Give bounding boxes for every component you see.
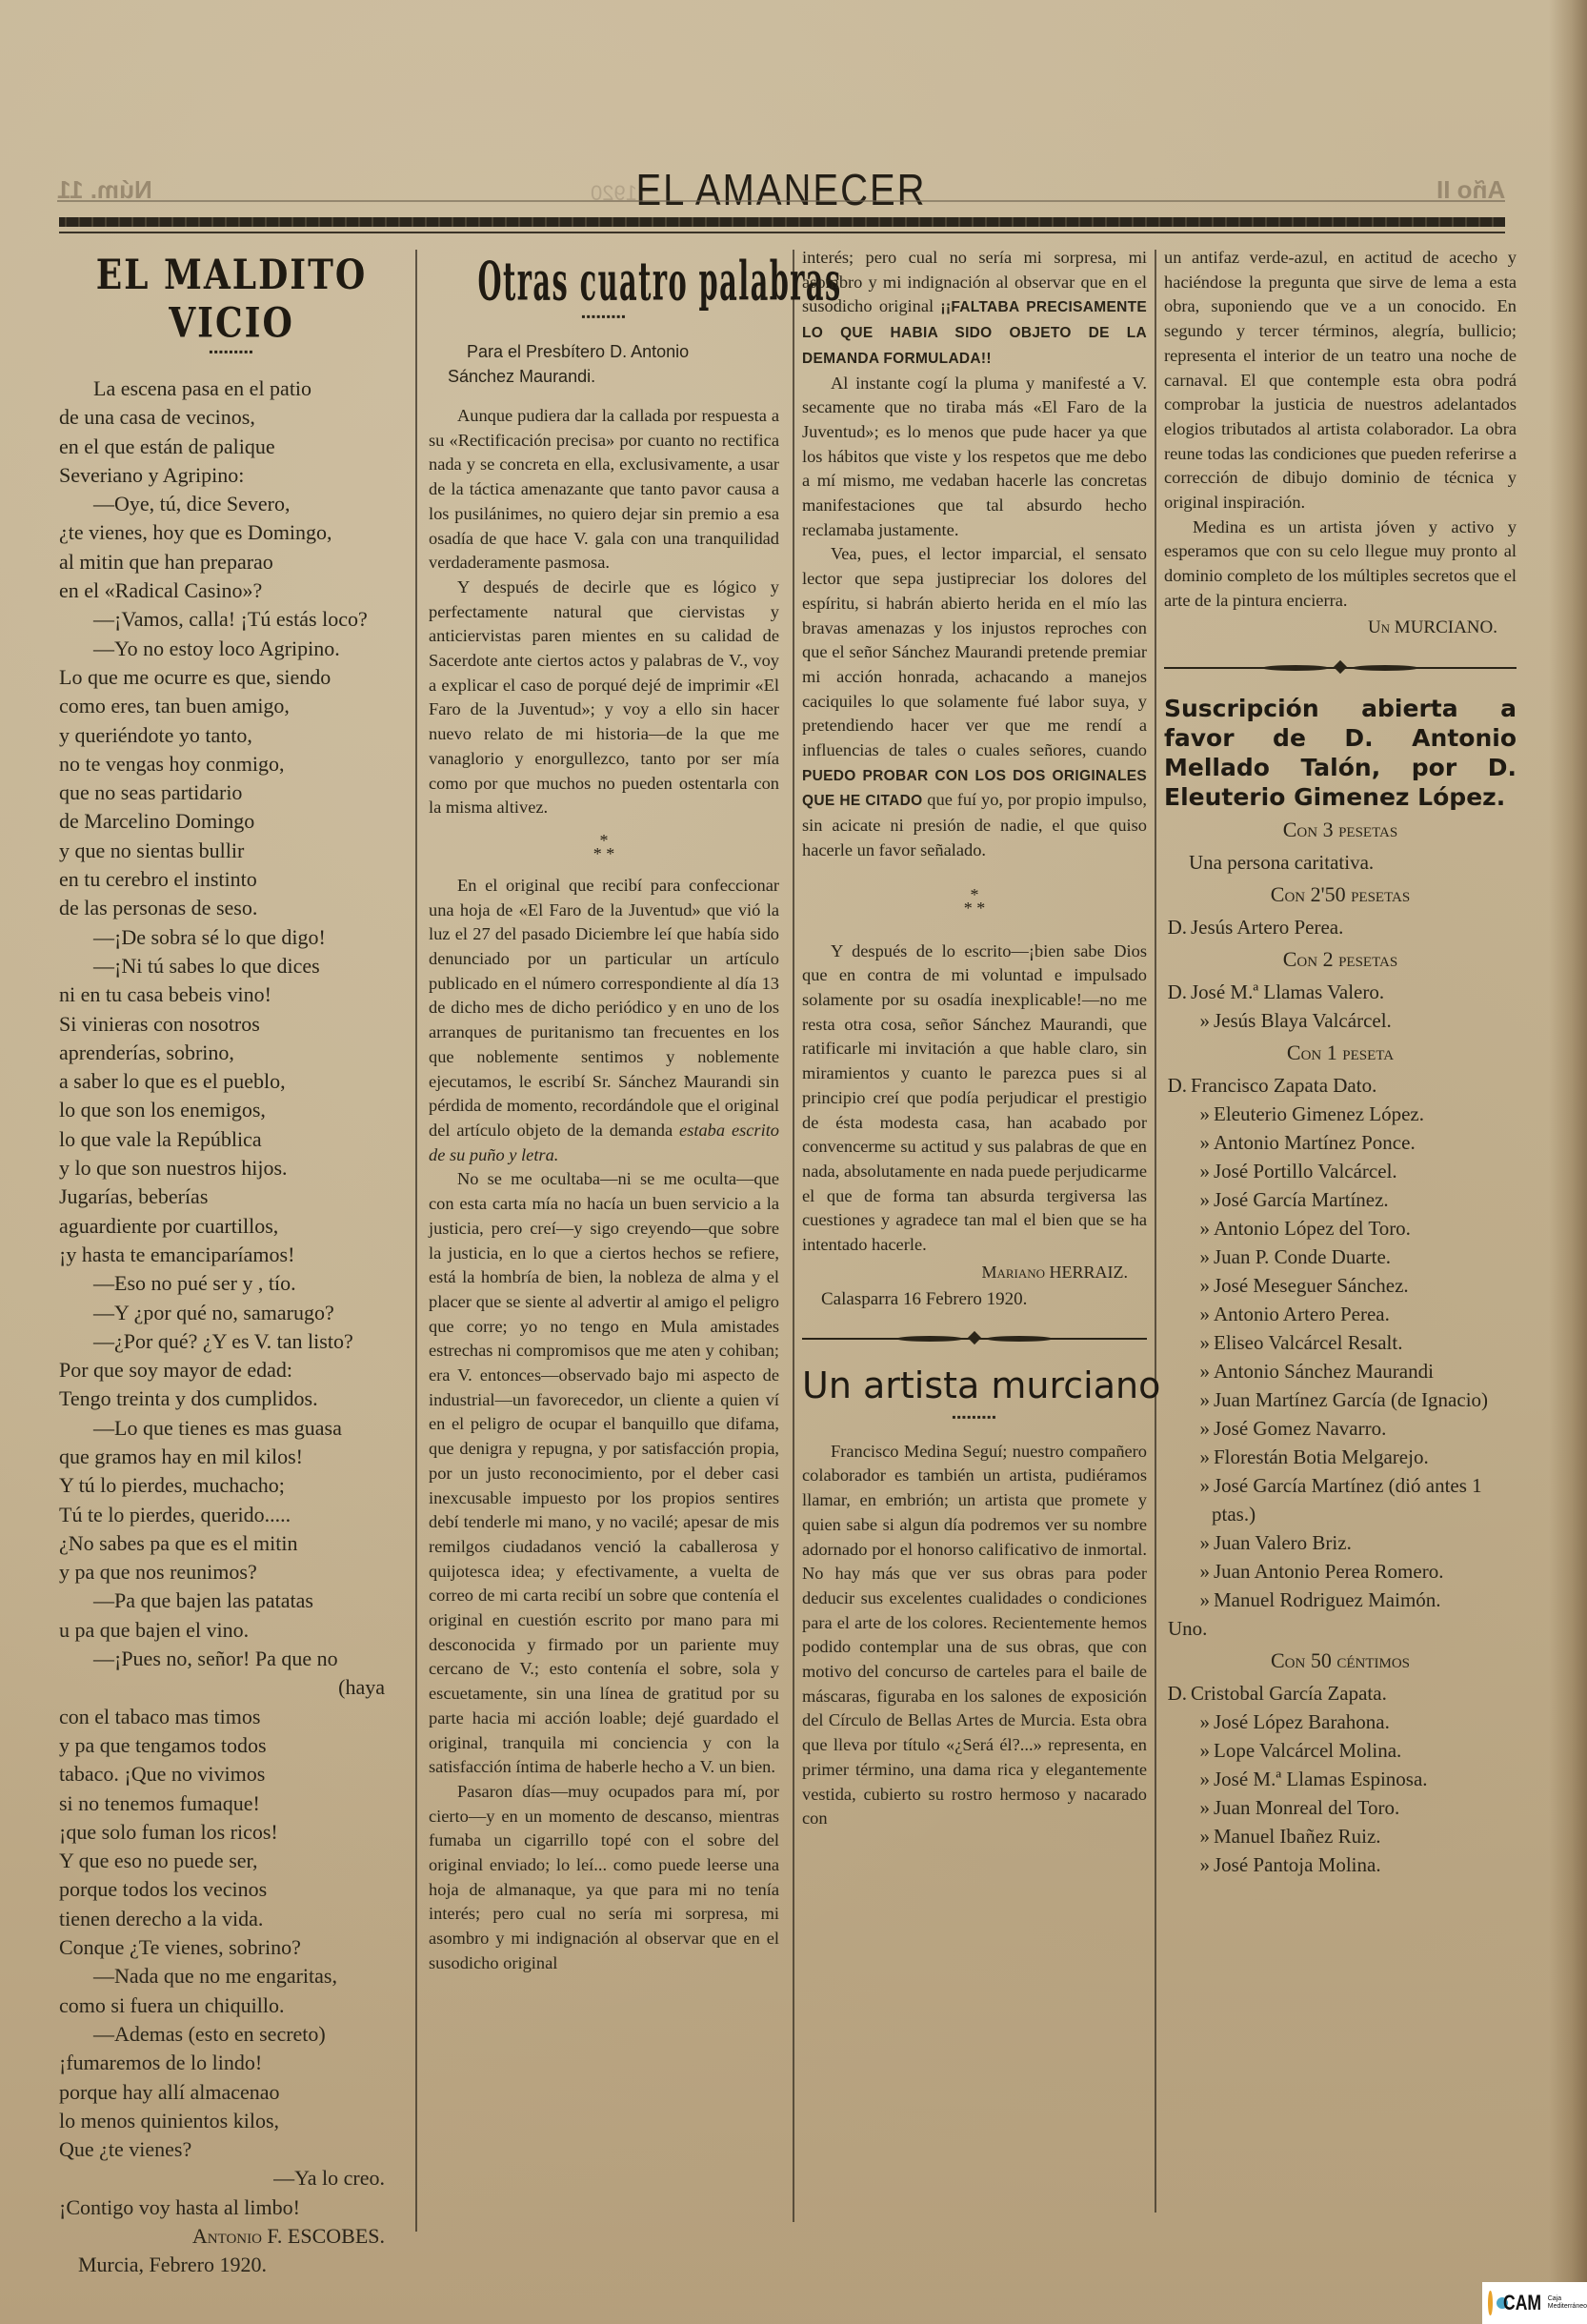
poem-body: La escena pasa en el patiode una casa de… (59, 374, 404, 2222)
poem-line: y lo que son nuestros hijos. (59, 1154, 404, 1182)
poem-line: aguardiente por cuartillos, (59, 1212, 404, 1241)
donor-prefix: » (1189, 1471, 1214, 1500)
poem-line: —Ya lo creo. (59, 2164, 404, 2193)
poem-line: lo menos quinientos kilos, (59, 2107, 404, 2135)
poem-line: Tengo treinta y dos cumplidos. (59, 1384, 404, 1413)
donor-entry: »José Pantoja Molina. (1164, 1850, 1517, 1879)
donor-entry: »Juan Martínez García (de Ignacio) (1164, 1385, 1517, 1414)
place-date: Calasparra 16 Febrero 1920. (802, 1286, 1147, 1313)
donor-name: Eliseo Valcárcel Resalt. (1214, 1331, 1402, 1354)
newspaper-title: EL AMANECER (57, 167, 1505, 216)
poem-line: —¡Pues no, señor! Pa que no (59, 1645, 404, 1673)
donor-name: José Meseguer Sánchez. (1214, 1274, 1409, 1297)
donor-prefix: » (1189, 1157, 1214, 1185)
subscription-list: Con 3 pesetasUna persona caritativa.Con … (1164, 816, 1517, 1879)
donor-entry: »Lope Valcárcel Molina. (1164, 1736, 1517, 1765)
poem-line: tienen derecho a la vida. (59, 1905, 404, 1933)
donor-prefix: » (1189, 1528, 1214, 1557)
donor-entry: »Juan Monreal del Toro. (1164, 1793, 1517, 1822)
donor-name: Manuel Rodriguez Maimón. (1214, 1588, 1441, 1611)
cam-subtitle: CajaMediterráneo (1548, 2295, 1587, 2311)
paragraph: un antifaz verde-azul, en actitud de ace… (1164, 246, 1517, 515)
donor-entry: »Juan Antonio Perea Romero. (1164, 1557, 1517, 1586)
donor-name: Juan Martínez García (de Ignacio) (1214, 1388, 1488, 1411)
dedication-line-1: Para el Presbítero D. Antonio (429, 339, 779, 364)
donor-prefix: » (1189, 1765, 1214, 1793)
donor-prefix: D. (1166, 913, 1191, 941)
poem-line: ¡Contigo voy hasta al limbo! (59, 2193, 404, 2222)
donor-name: Jesús Blaya Valcárcel. (1214, 1009, 1392, 1032)
donor-name: Juan Antonio Perea Romero. (1214, 1560, 1443, 1583)
donor-entry: Uno. (1164, 1614, 1517, 1643)
donor-prefix: » (1189, 1243, 1214, 1271)
donor-name: Lope Valcárcel Molina. (1214, 1739, 1401, 1762)
article-otras-cuatro-palabras: Otras cuatro palabras ▪▪▪▪▪▪▪▪▪ Para el … (429, 250, 779, 1976)
poem-line: —Lo que tienes es mas guasa (59, 1414, 404, 1443)
donor-prefix: » (1189, 1214, 1214, 1243)
masthead: Núm. 11 1920 EL AMANECER Año II (57, 162, 1505, 219)
donor-entry: »Florestán Botia Melgarejo. (1164, 1443, 1517, 1471)
column-rule-1 (415, 250, 417, 2232)
donor-name: José Gomez Navarro. (1214, 1417, 1386, 1440)
donor-prefix: » (1189, 1271, 1214, 1300)
donor-entry: »Antonio Martínez Ponce. (1164, 1128, 1517, 1157)
donor-entry: »Juan P. Conde Duarte. (1164, 1243, 1517, 1271)
article-continuation-and-subscription: un antifaz verde-azul, en actitud de ace… (1164, 246, 1517, 1879)
poem-line: y queriéndote yo tanto, (59, 721, 404, 750)
donor-prefix: » (1189, 1414, 1214, 1443)
poem-line: tabaco. ¡Que no vivimos (59, 1760, 404, 1788)
poem-line: aprenderías, sobrino, (59, 1039, 404, 1067)
column-rule-2 (793, 250, 794, 2222)
donor-prefix: » (1189, 1736, 1214, 1765)
donor-prefix: » (1189, 1443, 1214, 1471)
poem-line: no te vengas hoy conmigo, (59, 750, 404, 778)
paragraph: En el original que recibí para confeccio… (429, 874, 779, 1167)
poem-line: La escena pasa en el patio (59, 374, 404, 403)
donor-prefix: » (1189, 1006, 1214, 1035)
donor-entry: D.Jesús Artero Perea. (1164, 913, 1517, 941)
donor-entry: »José López Barahona. (1164, 1708, 1517, 1736)
poem-line: —¡Ni tú sabes lo que dices (59, 952, 404, 980)
poem-line: en el que están de palique (59, 433, 404, 461)
article-continuation: interés; pero cual no sería mi sorpresa,… (802, 246, 1147, 1831)
donor-name: Antonio Martínez Ponce. (1214, 1131, 1416, 1154)
donor-name: José López Barahona. (1214, 1710, 1390, 1733)
poem-line: Severiano y Agripino: (59, 461, 404, 490)
donor-name: Cristobal García Zapata. (1191, 1682, 1387, 1705)
donor-prefix: D. (1166, 1679, 1191, 1708)
page-edge-shadow (1549, 0, 1587, 2324)
cam-logo-icon (1488, 2291, 1493, 2315)
paragraph: Pasaron días—muy ocupados para mí, por c… (429, 1780, 779, 1976)
donor-name: Francisco Zapata Dato. (1191, 1074, 1376, 1097)
donor-name: Antonio Artero Perea. (1214, 1303, 1390, 1325)
donor-entry: »Antonio López del Toro. (1164, 1214, 1517, 1243)
masthead-under-rule (59, 232, 1505, 233)
poem-line: Lo que me ocurre es que, siendo (59, 663, 404, 692)
dedication: Para el Presbítero D. Antonio Sánchez Ma… (429, 339, 779, 389)
poem-line: —Pa que bajen las patatas (59, 1586, 404, 1615)
paragraph: Y después de decirle que es lógico y per… (429, 576, 779, 820)
amount-heading: Con 1 peseta (1164, 1039, 1517, 1067)
poem-line: —Y ¿por qué no, samarugo? (59, 1299, 404, 1327)
poem-line: ¡que solo fuman los ricos! (59, 1818, 404, 1847)
masthead-thin-rule (57, 200, 1505, 202)
poem-line: que gramos hay en mil kilos! (59, 1443, 404, 1471)
donor-entry: »José Portillo Valcárcel. (1164, 1157, 1517, 1185)
donor-entry: »José García Martínez (dió antes 1 ptas.… (1164, 1471, 1517, 1528)
donor-name: José M.ª Llamas Valero. (1191, 980, 1384, 1003)
author-signature: Mariano HERRAIZ. (802, 1258, 1147, 1286)
donor-name: Jesús Artero Perea. (1191, 916, 1343, 939)
poem-line: lo que son los enemigos, (59, 1096, 404, 1124)
subscription-title: Suscripción abierta a favor de D. Antoni… (1164, 694, 1517, 812)
donor-prefix: » (1189, 1357, 1214, 1385)
donor-name: José Portillo Valcárcel. (1214, 1160, 1397, 1182)
amount-heading: Con 2'50 pesetas (1164, 880, 1517, 909)
poem-line: ¿No sabes pa que es el mitin (59, 1529, 404, 1558)
donor-name: Antonio López del Toro. (1214, 1217, 1411, 1240)
donor-entry: »José García Martínez. (1164, 1185, 1517, 1214)
author-signature: Un MURCIANO. (1164, 614, 1517, 642)
article-el-maldito-vicio: EL MALDITO VICIO ▪▪▪▪▪▪▪▪▪ La escena pas… (59, 250, 404, 2279)
poem-line: de Marcelino Domingo (59, 807, 404, 836)
poem-line: Tú te lo pierdes, querido..... (59, 1501, 404, 1529)
donor-prefix: » (1189, 1557, 1214, 1586)
poem-line: Y que eso no puede ser, (59, 1847, 404, 1875)
article-title: Un artista murciano (802, 1364, 1147, 1406)
cam-brand: CAM (1503, 2291, 1541, 2315)
donor-entry: D.Francisco Zapata Dato. (1164, 1071, 1517, 1100)
donor-name: Juan P. Conde Duarte. (1214, 1245, 1391, 1268)
poem-line: Por que soy mayor de edad: (59, 1356, 404, 1384)
donor-name: José García Martínez (dió antes 1 ptas.) (1212, 1474, 1482, 1526)
donor-prefix: » (1189, 1586, 1214, 1614)
donor-prefix: » (1189, 1385, 1214, 1414)
paragraph: Al instante cogí la pluma y manifesté a … (802, 372, 1147, 543)
poem-line: Jugarías, beberías (59, 1182, 404, 1211)
article-title: EL MALDITO VICIO (59, 252, 404, 348)
poem-line: —Nada que no me engaritas, (59, 1962, 404, 1991)
paragraph: Vea, pues, el lector imparcial, el sensa… (802, 542, 1147, 862)
poem-line: y pa que tengamos todos (59, 1731, 404, 1760)
poem-line: a saber lo que es el pueblo, (59, 1067, 404, 1096)
poem-line: porque todos los vecinos (59, 1875, 404, 1904)
article-title: Otras cuatro palabras (478, 251, 731, 313)
column-rule-3 (1155, 250, 1156, 2213)
donor-prefix: » (1189, 1328, 1214, 1357)
donor-prefix: » (1189, 1822, 1214, 1850)
poem-line: como si fuera un chiquillo. (59, 1991, 404, 2020)
poem-line: ni en tu casa bebeis vino! (59, 980, 404, 1009)
donor-name: Juan Valero Briz. (1214, 1531, 1352, 1554)
amount-heading: Con 3 pesetas (1164, 816, 1517, 844)
donor-prefix: » (1189, 1708, 1214, 1736)
donor-entry: »Antonio Artero Perea. (1164, 1300, 1517, 1328)
donor-prefix: » (1189, 1100, 1214, 1128)
poem-line: —Oye, tú, dice Severo, (59, 490, 404, 518)
donor-prefix: D. (1166, 978, 1191, 1006)
poem-line: (haya (59, 1673, 404, 1702)
donor-entry: »José M.ª Llamas Espinosa. (1164, 1765, 1517, 1793)
poem-line: ¡y hasta te emanciparíamos! (59, 1241, 404, 1269)
donor-name: Eleuterio Gimenez López. (1214, 1102, 1424, 1125)
donor-name: José Pantoja Molina. (1214, 1853, 1381, 1876)
poem-line: si no tenemos fumaque! (59, 1789, 404, 1818)
poem-line: —¡De sobra sé lo que digo! (59, 923, 404, 952)
donor-prefix: » (1189, 1850, 1214, 1879)
donor-prefix: » (1189, 1300, 1214, 1328)
poem-line: Que ¿te vienes? (59, 2135, 404, 2164)
dedication-line-2: Sánchez Maurandi. (429, 364, 779, 389)
poem-line: Conque ¿Te vienes, sobrino? (59, 1933, 404, 1962)
asterism: ** * (802, 888, 1147, 915)
donor-name: Florestán Botia Melgarejo. (1214, 1445, 1429, 1468)
poem-line: —¿Por qué? ¿Y es V. tan listo? (59, 1327, 404, 1356)
donor-name: José García Martínez. (1214, 1188, 1389, 1211)
paragraph: No se me ocultaba—ni se me oculta—que co… (429, 1167, 779, 1780)
poem-line: ¡fumaremos de lo lindo! (59, 2049, 404, 2077)
paragraph: interés; pero cual no sería mi sorpresa,… (802, 246, 1147, 372)
donor-name: Manuel Ibañez Ruiz. (1214, 1825, 1381, 1848)
poem-line: ¿te vienes, hoy que es Domingo, (59, 518, 404, 547)
section-divider (1164, 657, 1517, 678)
poem-line: con el tabaco mas timos (59, 1703, 404, 1731)
amount-heading: Con 2 pesetas (1164, 945, 1517, 974)
donor-entry: »José Gomez Navarro. (1164, 1414, 1517, 1443)
donor-entry: »Eleuterio Gimenez López. (1164, 1100, 1517, 1128)
donor-entry: D.José M.ª Llamas Valero. (1164, 978, 1517, 1006)
paragraph: Aunque pudiera dar la callada por respue… (429, 404, 779, 576)
title-separator: ▪▪▪▪▪▪▪▪▪ (802, 1410, 1147, 1425)
poem-line: Si vinieras con nosotros (59, 1010, 404, 1039)
donor-entry: »Juan Valero Briz. (1164, 1528, 1517, 1557)
donor-entry: Una persona caritativa. (1164, 848, 1517, 877)
donor-name: Antonio Sánchez Maurandi (1214, 1360, 1434, 1383)
paragraph: Medina es un artista jóven y activo y es… (1164, 515, 1517, 614)
poem-line: —¡Vamos, calla! ¡Tú estás loco? (59, 605, 404, 634)
place-date: Murcia, Febrero 1920. (59, 2251, 404, 2279)
donor-entry: »Jesús Blaya Valcárcel. (1164, 1006, 1517, 1035)
poem-line: Y tú lo pierdes, muchacho; (59, 1471, 404, 1500)
donor-prefix: » (1189, 1793, 1214, 1822)
poem-line: —Yo no estoy loco Agripino. (59, 635, 404, 663)
donor-name: Juan Monreal del Toro. (1214, 1796, 1399, 1819)
poem-line: que no seas partidario (59, 778, 404, 807)
section-divider (802, 1328, 1147, 1349)
poem-line: —Eso no pué ser y , tío. (59, 1269, 404, 1298)
poem-line: y que no sientas bullir (59, 837, 404, 865)
paragraph: Y después de lo escrito—¡bien sabe Dios … (802, 940, 1147, 1258)
donor-entry: D.Cristobal García Zapata. (1164, 1679, 1517, 1708)
donor-prefix: » (1189, 1185, 1214, 1214)
donor-entry: »José Meseguer Sánchez. (1164, 1271, 1517, 1300)
donor-name: José M.ª Llamas Espinosa. (1214, 1768, 1428, 1790)
donor-prefix: D. (1166, 1071, 1191, 1100)
donor-entry: »Antonio Sánchez Maurandi (1164, 1357, 1517, 1385)
poem-line: de una casa de vecinos, (59, 403, 404, 432)
poem-line: —Ademas (esto en secreto) (59, 2020, 404, 2049)
donor-entry: »Manuel Ibañez Ruiz. (1164, 1822, 1517, 1850)
poem-line: al mitin que han preparao (59, 548, 404, 576)
poem-line: de las personas de seso. (59, 894, 404, 922)
masthead-thick-rule (59, 217, 1505, 227)
amount-heading: Con 50 céntimos (1164, 1647, 1517, 1675)
poem-line: y pa que nos reunimos? (59, 1558, 404, 1586)
author-signature: Antonio F. ESCOBES. (59, 2222, 404, 2251)
cam-logo: CAM CajaMediterráneo (1482, 2282, 1587, 2324)
donor-entry: »Manuel Rodriguez Maimón. (1164, 1586, 1517, 1614)
poem-line: en tu cerebro el instinto (59, 865, 404, 894)
poem-line: lo que vale la República (59, 1125, 404, 1154)
poem-line: como eres, tan buen amigo, (59, 692, 404, 720)
asterism: ** * (429, 834, 779, 860)
poem-line: porque hay allí almacenao (59, 2078, 404, 2107)
poem-line: en el «Radical Casino»? (59, 576, 404, 605)
paragraph: Francisco Medina Seguí; nuestro compañer… (802, 1440, 1147, 1831)
poem-line: u pa que bajen el vino. (59, 1616, 404, 1645)
donor-prefix: » (1189, 1128, 1214, 1157)
donor-entry: »Eliseo Valcárcel Resalt. (1164, 1328, 1517, 1357)
